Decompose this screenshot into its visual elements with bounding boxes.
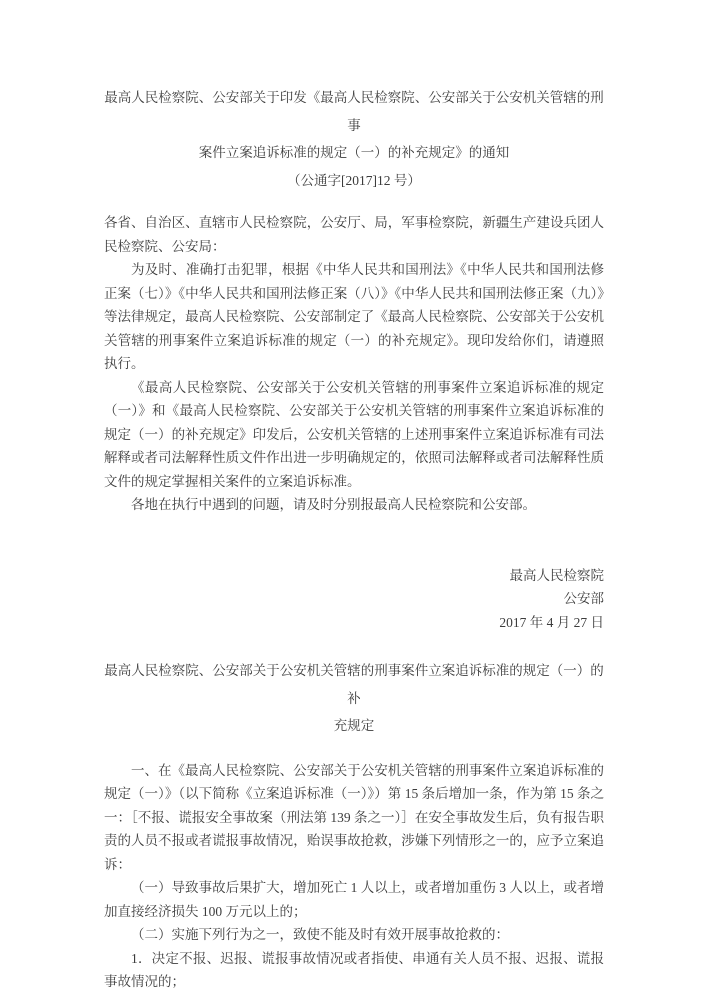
regulation-title: 最高人民检察院、公安部关于公安机关管辖的刑事案件立案追诉标准的规定（一）的补 充… bbox=[104, 657, 604, 740]
notice-title: 最高人民检察院、公安部关于印发《最高人民检察院、公安部关于公安机关管辖的刑事 案… bbox=[104, 84, 604, 167]
document-page: 最高人民检察院、公安部关于印发《最高人民检察院、公安部关于公安机关管辖的刑事 案… bbox=[0, 0, 707, 999]
notice-paragraph-1: 为及时、准确打击犯罪，根据《中华人民共和国刑法》《中华人民共和国刑法修正案（七）… bbox=[104, 258, 604, 376]
notice-paragraph-2: 《最高人民检察院、公安部关于公安机关管辖的刑事案件立案追诉标准的规定（一）》和《… bbox=[104, 376, 604, 494]
signature-block: 最高人民检察院 公安部 2017 年 4 月 27 日 bbox=[104, 564, 604, 635]
notice-paragraph-3: 各地在执行中遇到的问题，请及时分别报最高人民检察院和公安部。 bbox=[104, 493, 604, 517]
signature-date: 2017 年 4 月 27 日 bbox=[104, 611, 604, 635]
signer-organization-1: 最高人民检察院 bbox=[104, 564, 604, 588]
notice-title-line-2: 案件立案追诉标准的规定（一）的补充规定》的通知 bbox=[104, 139, 604, 167]
signer-organization-2: 公安部 bbox=[104, 587, 604, 611]
notice-title-line-1: 最高人民检察院、公安部关于印发《最高人民检察院、公安部关于公安机关管辖的刑事 bbox=[104, 84, 604, 139]
regulation-title-line-2: 充规定 bbox=[104, 712, 604, 740]
regulation-item-1: （一）导致事故后果扩大，增加死亡 1 人以上，或者增加重伤 3 人以上，或者增加… bbox=[104, 876, 604, 923]
regulation-article-1: 一、在《最高人民检察院、公安部关于公安机关管辖的刑事案件立案追诉标准的规定（一）… bbox=[104, 759, 604, 877]
regulation-title-line-1: 最高人民检察院、公安部关于公安机关管辖的刑事案件立案追诉标准的规定（一）的补 bbox=[104, 657, 604, 712]
notice-addressee: 各省、自治区、直辖市人民检察院，公安厅、局，军事检察院，新疆生产建设兵团人民检察… bbox=[104, 211, 604, 258]
notice-doc-number: （公通字[2017]12 号） bbox=[104, 167, 604, 195]
regulation-sub-item-1: 1．决定不报、迟报、谎报事故情况或者指使、串通有关人员不报、迟报、谎报事故情况的… bbox=[104, 947, 604, 994]
regulation-body: 一、在《最高人民检察院、公安部关于公安机关管辖的刑事案件立案追诉标准的规定（一）… bbox=[104, 759, 604, 994]
regulation-item-2: （二）实施下列行为之一，致使不能及时有效开展事故抢救的： bbox=[104, 923, 604, 947]
document-content: 最高人民检察院、公安部关于印发《最高人民检察院、公安部关于公安机关管辖的刑事 案… bbox=[0, 0, 707, 994]
